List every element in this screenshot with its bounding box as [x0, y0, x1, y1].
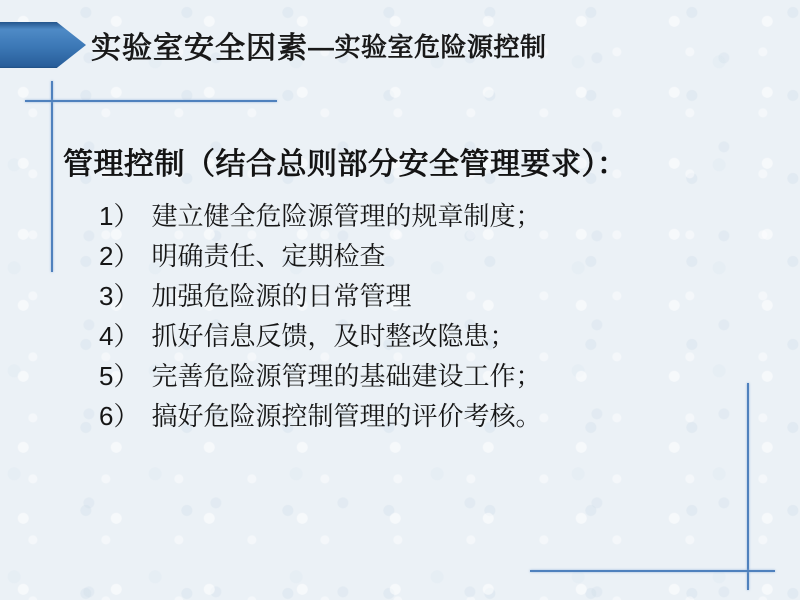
list-item-text: 抓好信息反馈，及时整改隐患； [151, 321, 515, 351]
list-item-number: 4） [99, 316, 139, 356]
decor-line-vertical-topleft [51, 81, 53, 272]
list-item-text: 搞好危险源控制管理的评价考核。 [151, 401, 541, 431]
section-heading: 管理控制（结合总则部分安全管理要求）： [63, 139, 628, 183]
decor-line-vertical-bottomright [747, 383, 749, 590]
list-item-number: 1） [99, 196, 139, 236]
list-item: 2）明确责任、定期检查 [99, 236, 541, 276]
list-item-number: 2） [99, 236, 139, 276]
list-item-number: 6） [99, 396, 139, 436]
list-item: 4）抓好信息反馈，及时整改隐患； [99, 316, 541, 356]
list-item: 6）搞好危险源控制管理的评价考核。 [99, 396, 541, 436]
title-arrow-shape [0, 22, 86, 68]
list-item: 1）建立健全危险源管理的规章制度； [99, 196, 541, 236]
bullet-list: 1）建立健全危险源管理的规章制度； 2）明确责任、定期检查 3）加强危险源的日常… [99, 196, 541, 436]
list-item-text: 加强危险源的日常管理 [151, 281, 411, 311]
slide-background: 实验室安全因素 —实验室危险源控制 管理控制（结合总则部分安全管理要求）： 1）… [0, 0, 800, 600]
page-title-secondary: —实验室危险源控制 [308, 27, 547, 64]
decor-line-horizontal-bottomright [530, 570, 775, 572]
page-title: 实验室安全因素 —实验室危险源控制 [91, 0, 547, 90]
list-item-text: 完善危险源管理的基础建设工作； [151, 361, 541, 391]
list-item-number: 3） [99, 276, 139, 316]
list-item-number: 5） [99, 356, 139, 396]
list-item: 3）加强危险源的日常管理 [99, 276, 541, 316]
list-item-text: 明确责任、定期检查 [151, 241, 385, 271]
decor-line-horizontal-topleft [25, 100, 277, 102]
page-title-primary: 实验室安全因素 [91, 23, 308, 67]
list-item-text: 建立健全危险源管理的规章制度； [151, 201, 541, 231]
list-item: 5）完善危险源管理的基础建设工作； [99, 356, 541, 396]
